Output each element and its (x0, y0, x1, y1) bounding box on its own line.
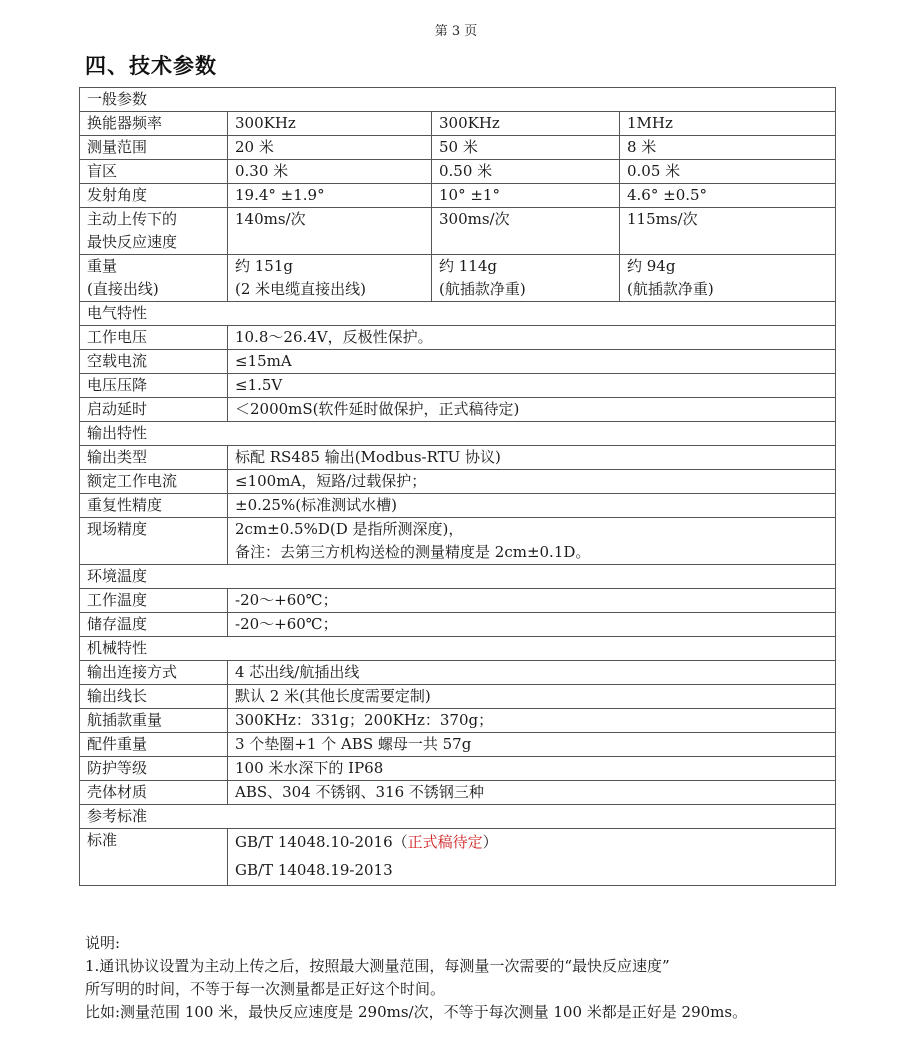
row-label: 输出连接方式 (80, 661, 228, 685)
group-header-general: 一般参数 (80, 88, 836, 112)
value-line: (航插款净重) (627, 278, 835, 301)
cell-value: 20 米 (228, 136, 432, 160)
table-row: 启动延时 ＜2000mS(软件延时做保护，正式稿待定) (80, 398, 836, 422)
page-number: 第 3 页 (0, 20, 912, 39)
table-row: 电压压降 ≤1.5V (80, 374, 836, 398)
row-label: 输出线长 (80, 685, 228, 709)
table-row: 盲区 0.30 米 0.50 米 0.05 米 (80, 160, 836, 184)
cell-value: 300KHz (228, 112, 432, 136)
cell-value: 1MHz (620, 112, 836, 136)
label-line: (直接出线) (87, 278, 227, 301)
row-label: 重量 (直接出线) (80, 255, 228, 302)
table-row: 主动上传下的 最快反应速度 140ms/次 300ms/次 115ms/次 (80, 208, 836, 255)
row-label: 重复性精度 (80, 494, 228, 518)
cell-value: 约 151g (2 米电缆直接出线) (228, 255, 432, 302)
row-label: 额定工作电流 (80, 470, 228, 494)
cell-value: 300KHz (432, 112, 620, 136)
row-label: 航插款重量 (80, 709, 228, 733)
row-label: 储存温度 (80, 613, 228, 637)
group-header-environment: 环境温度 (80, 565, 836, 589)
notes-heading: 说明: (85, 932, 845, 955)
notes-line: 比如:测量范围 100 米，最快反应速度是 290ms/次，不等于每次测量 10… (85, 1001, 845, 1024)
row-label: 现场精度 (80, 518, 228, 565)
cell-value: 0.50 米 (432, 160, 620, 184)
cell-value: ABS、304 不锈钢、316 不锈钢三种 (228, 781, 836, 805)
table-row: 防护等级 100 米水深下的 IP68 (80, 757, 836, 781)
label-line: 重量 (87, 255, 227, 278)
cell-value: 10° ±1° (432, 184, 620, 208)
table-row: 发射角度 19.4° ±1.9° 10° ±1° 4.6° ±0.5° (80, 184, 836, 208)
row-label: 空载电流 (80, 350, 228, 374)
cell-value: ≤100mA，短路/过载保护； (228, 470, 836, 494)
cell-value: ±0.25%(标准测试水槽) (228, 494, 836, 518)
value-line: 约 114g (439, 255, 619, 278)
cell-value: 100 米水深下的 IP68 (228, 757, 836, 781)
cell-value: ＜2000mS(软件延时做保护，正式稿待定) (228, 398, 836, 422)
row-label: 防护等级 (80, 757, 228, 781)
row-label: 启动延时 (80, 398, 228, 422)
group-header-reference: 参考标准 (80, 805, 836, 829)
group-title: 环境温度 (80, 565, 836, 589)
table-row: 工作电压 10.8～26.4V，反极性保护。 (80, 326, 836, 350)
table-row: 工作温度 -20～+60℃； (80, 589, 836, 613)
group-header-output: 输出特性 (80, 422, 836, 446)
standard-line: GB/T 14048.19-2013 (235, 857, 835, 885)
cell-value: 约 114g (航插款净重) (432, 255, 620, 302)
row-label: 配件重量 (80, 733, 228, 757)
cell-value: 140ms/次 (228, 208, 432, 255)
value-line: 约 151g (235, 255, 431, 278)
label-line: 最快反应速度 (87, 231, 227, 254)
row-label: 壳体材质 (80, 781, 228, 805)
cell-value: 默认 2 米(其他长度需要定制) (228, 685, 836, 709)
row-label: 换能器频率 (80, 112, 228, 136)
table-row: 配件重量 3 个垫圈+1 个 ABS 螺母一共 57g (80, 733, 836, 757)
standard-line: GB/T 14048.10-2016（正式稿待定） (235, 829, 835, 857)
value-line: 备注：去第三方机构送检的测量精度是 2cm±0.1D。 (235, 541, 835, 564)
row-label: 主动上传下的 最快反应速度 (80, 208, 228, 255)
notes-line: 1.通讯协议设置为主动上传之后，按照最大测量范围，每测量一次需要的“最快反应速度… (85, 955, 845, 978)
row-label: 输出类型 (80, 446, 228, 470)
table-row: 储存温度 -20～+60℃； (80, 613, 836, 637)
table-row: 输出类型 标配 RS485 输出(Modbus-RTU 协议) (80, 446, 836, 470)
row-label: 标准 (80, 829, 228, 886)
group-header-mechanical: 机械特性 (80, 637, 836, 661)
cell-value: 0.05 米 (620, 160, 836, 184)
value-line: 约 94g (627, 255, 835, 278)
table-row: 重量 (直接出线) 约 151g (2 米电缆直接出线) 约 114g (航插款… (80, 255, 836, 302)
cell-value: 约 94g (航插款净重) (620, 255, 836, 302)
group-title: 一般参数 (80, 88, 836, 112)
table-row: 现场精度 2cm±0.5%D(D 是指所测深度)， 备注：去第三方机构送检的测量… (80, 518, 836, 565)
table-row: 壳体材质 ABS、304 不锈钢、316 不锈钢三种 (80, 781, 836, 805)
cell-value: 300KHz：331g；200KHz：370g； (228, 709, 836, 733)
pending-note: 正式稿待定 (408, 833, 483, 851)
row-label: 电压压降 (80, 374, 228, 398)
table-row: 测量范围 20 米 50 米 8 米 (80, 136, 836, 160)
cell-value: 4.6° ±0.5° (620, 184, 836, 208)
cell-value: 4 芯出线/航插出线 (228, 661, 836, 685)
cell-value: 300ms/次 (432, 208, 620, 255)
cell-value: 8 米 (620, 136, 836, 160)
group-title: 电气特性 (80, 302, 836, 326)
table-row: 航插款重量 300KHz：331g；200KHz：370g； (80, 709, 836, 733)
spec-table: 一般参数 换能器频率 300KHz 300KHz 1MHz 测量范围 20 米 … (79, 87, 836, 886)
group-title: 参考标准 (80, 805, 836, 829)
table-row: 重复性精度 ±0.25%(标准测试水槽) (80, 494, 836, 518)
cell-value: 0.30 米 (228, 160, 432, 184)
cell-value: 3 个垫圈+1 个 ABS 螺母一共 57g (228, 733, 836, 757)
group-header-electrical: 电气特性 (80, 302, 836, 326)
row-label: 测量范围 (80, 136, 228, 160)
cell-value: 19.4° ±1.9° (228, 184, 432, 208)
cell-value: GB/T 14048.10-2016（正式稿待定） GB/T 14048.19-… (228, 829, 836, 886)
section-title: 四、技术参数 (85, 50, 217, 80)
group-title: 输出特性 (80, 422, 836, 446)
cell-value: 2cm±0.5%D(D 是指所测深度)， 备注：去第三方机构送检的测量精度是 2… (228, 518, 836, 565)
cell-value: ≤15mA (228, 350, 836, 374)
row-label: 工作温度 (80, 589, 228, 613)
notes-line: 所写明的时间，不等于每一次测量都是正好这个时间。 (85, 978, 845, 1001)
label-line: 主动上传下的 (87, 208, 227, 231)
cell-value: 50 米 (432, 136, 620, 160)
table-row: 输出线长 默认 2 米(其他长度需要定制) (80, 685, 836, 709)
table-row: 换能器频率 300KHz 300KHz 1MHz (80, 112, 836, 136)
row-label: 盲区 (80, 160, 228, 184)
notes-section: 说明: 1.通讯协议设置为主动上传之后，按照最大测量范围，每测量一次需要的“最快… (85, 932, 845, 1024)
table-row: 额定工作电流 ≤100mA，短路/过载保护； (80, 470, 836, 494)
table-row: 空载电流 ≤15mA (80, 350, 836, 374)
standard-code: GB/T 14048.10-2016（ (235, 833, 408, 851)
bracket-close: ） (483, 833, 498, 851)
cell-value: 115ms/次 (620, 208, 836, 255)
row-label: 工作电压 (80, 326, 228, 350)
table-row: 标准 GB/T 14048.10-2016（正式稿待定） GB/T 14048.… (80, 829, 836, 886)
cell-value: ≤1.5V (228, 374, 836, 398)
value-line: (2 米电缆直接出线) (235, 278, 431, 301)
row-label: 发射角度 (80, 184, 228, 208)
cell-value: -20～+60℃； (228, 589, 836, 613)
cell-value: -20～+60℃； (228, 613, 836, 637)
table-row: 输出连接方式 4 芯出线/航插出线 (80, 661, 836, 685)
value-line: (航插款净重) (439, 278, 619, 301)
value-line: 2cm±0.5%D(D 是指所测深度)， (235, 518, 835, 541)
cell-value: 标配 RS485 输出(Modbus-RTU 协议) (228, 446, 836, 470)
group-title: 机械特性 (80, 637, 836, 661)
cell-value: 10.8～26.4V，反极性保护。 (228, 326, 836, 350)
